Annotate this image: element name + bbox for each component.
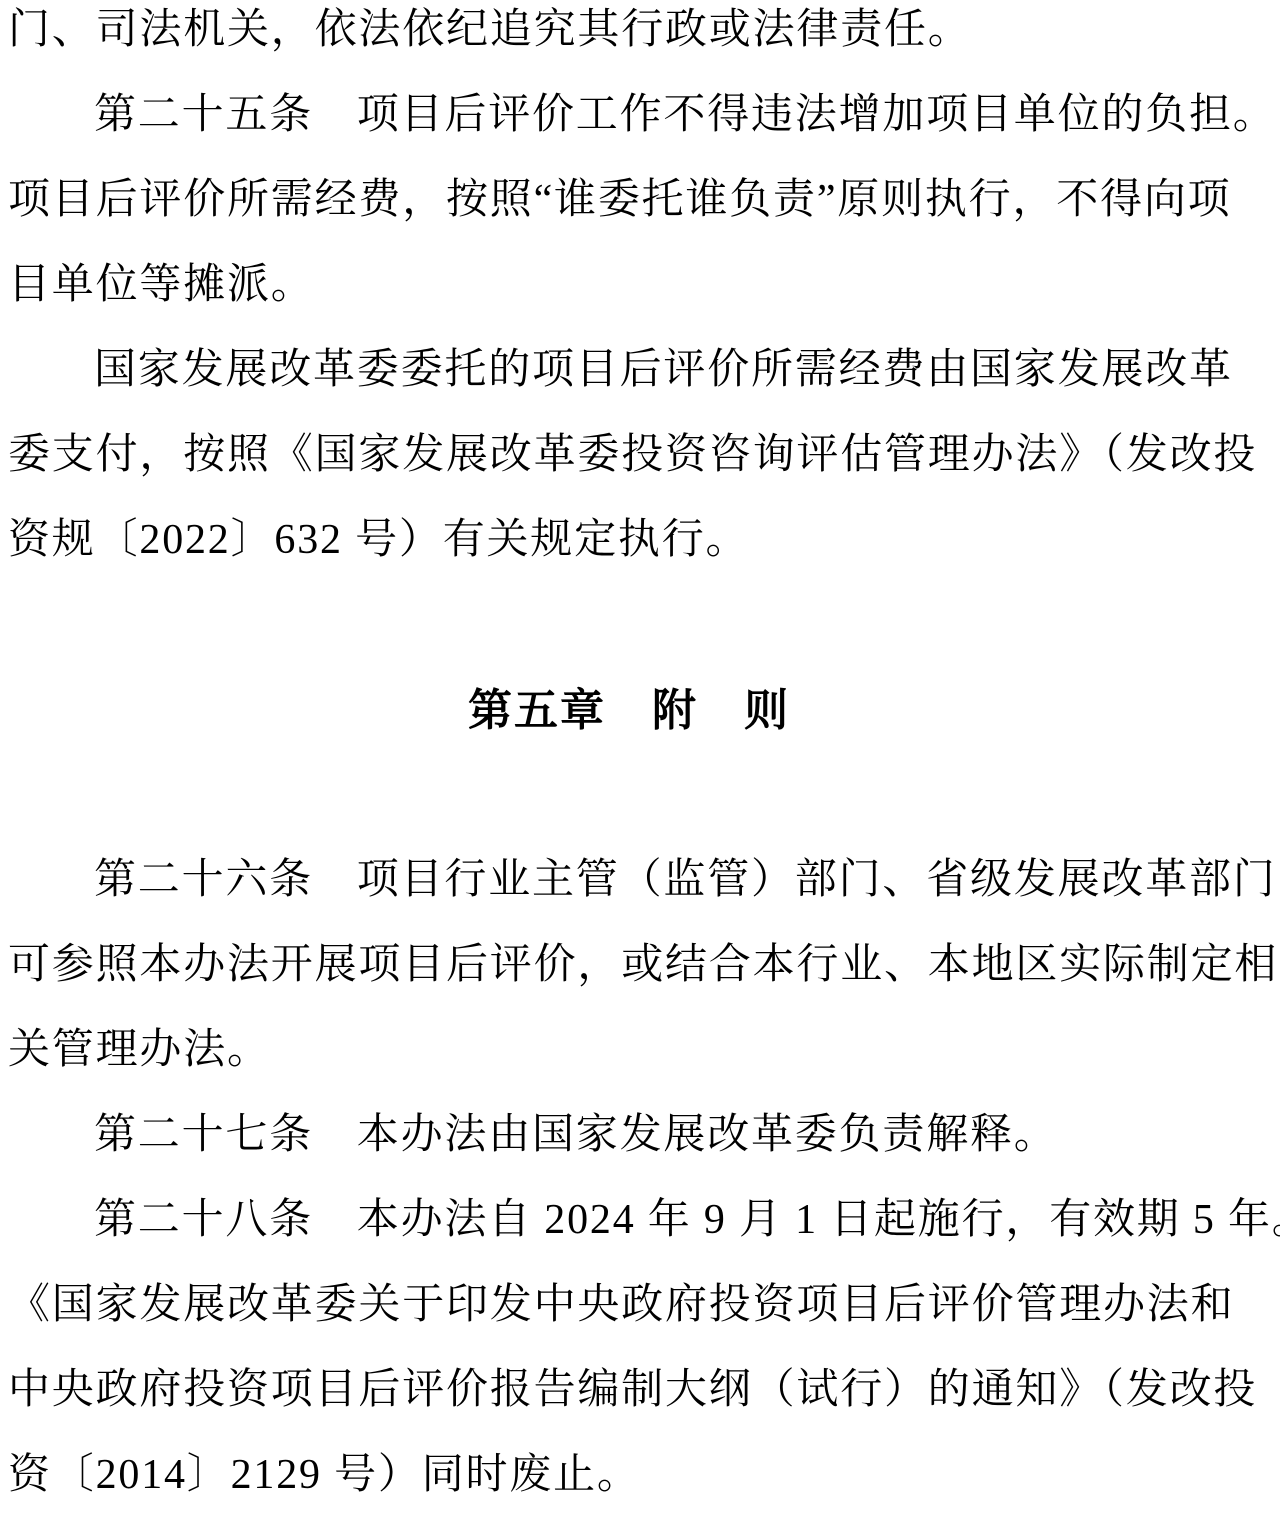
document-line-article-27: 第二十七条 本办法由国家发展改革委负责解释。 (8, 1093, 1250, 1178)
document-line-article-26: 第二十六条 项目行业主管（监管）部门、省级发展改革部门 (8, 838, 1250, 923)
document-line: 资〔2014〕2129 号）同时废止。 (8, 1433, 1250, 1518)
document-line: 项目后评价所需经费，按照“谁委托谁负责”原则执行，不得向项 (8, 158, 1250, 243)
document-line: 关管理办法。 (8, 1008, 1250, 1093)
document-line: 委支付，按照《国家发展改革委投资咨询评估管理办法》（发改投 (8, 413, 1250, 498)
document-line: 目单位等摊派。 (8, 243, 1250, 328)
document-line: 中央政府投资项目后评价报告编制大纲（试行）的通知》（发改投 (8, 1348, 1250, 1433)
document-page: 门、司法机关，依法依纪追究其行政或法律责任。 第二十五条 项目后评价工作不得违法… (0, 0, 1280, 1531)
document-line-article-25: 第二十五条 项目后评价工作不得违法增加项目单位的负担。 (8, 73, 1250, 158)
document-line: 可参照本办法开展项目后评价，或结合本行业、本地区实际制定相 (8, 923, 1250, 1008)
chapter-heading: 第五章 附 则 (8, 668, 1250, 753)
document-line: 资规〔2022〕632 号）有关规定执行。 (8, 498, 1250, 583)
document-line: 国家发展改革委委托的项目后评价所需经费由国家发展改革 (8, 328, 1250, 413)
document-body: 门、司法机关，依法依纪追究其行政或法律责任。 第二十五条 项目后评价工作不得违法… (0, 0, 1280, 1518)
document-line-article-28: 第二十八条 本办法自 2024 年 9 月 1 日起施行，有效期 5 年。 (8, 1178, 1250, 1263)
document-line: 《国家发展改革委关于印发中央政府投资项目后评价管理办法和 (8, 1263, 1250, 1348)
document-line: 门、司法机关，依法依纪追究其行政或法律责任。 (8, 0, 1250, 73)
